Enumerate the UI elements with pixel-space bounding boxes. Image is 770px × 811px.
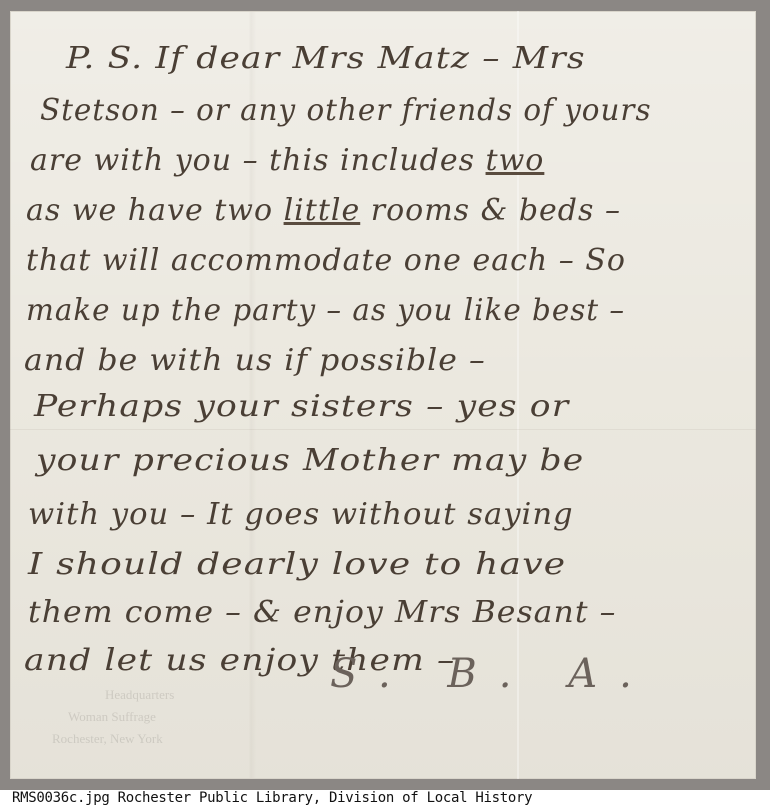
- signature: S. B. A.: [330, 651, 654, 697]
- scanned-image: Headquarters Woman Suffrage Rochester, N…: [0, 0, 770, 790]
- letter-line: and be with us if possible –: [24, 343, 486, 378]
- underlined-word: little: [284, 193, 361, 228]
- letter-line-text: as we have two: [26, 193, 284, 228]
- underlined-word: two: [486, 143, 545, 178]
- letter-line: them come – & enjoy Mrs Besant –: [28, 595, 616, 630]
- letter-line-text: rooms & beds –: [360, 193, 621, 228]
- letter-line-text: are with you – this includes: [30, 143, 486, 178]
- image-caption: RMS0036c.jpg Rochester Public Library, D…: [12, 790, 532, 806]
- letter-line: make up the party – as you like best –: [26, 293, 625, 328]
- letter-line: I should dearly love to have: [28, 547, 566, 582]
- letter-line: Perhaps your sisters – yes or: [34, 389, 569, 424]
- letter-paper: Headquarters Woman Suffrage Rochester, N…: [10, 11, 756, 779]
- handwritten-letter: P. S. If dear Mrs Matz – Mrs Stetson – o…: [10, 11, 756, 779]
- letter-line: Stetson – or any other friends of yours: [40, 93, 652, 128]
- letter-line: your precious Mother may be: [36, 443, 584, 478]
- letter-line: as we have two little rooms & beds –: [26, 193, 621, 228]
- letter-line: are with you – this includes two: [30, 143, 544, 178]
- letter-line: with you – It goes without saying: [28, 497, 574, 532]
- letter-line: that will accommodate one each – So: [26, 243, 626, 278]
- letter-line: P. S. If dear Mrs Matz – Mrs: [66, 41, 586, 76]
